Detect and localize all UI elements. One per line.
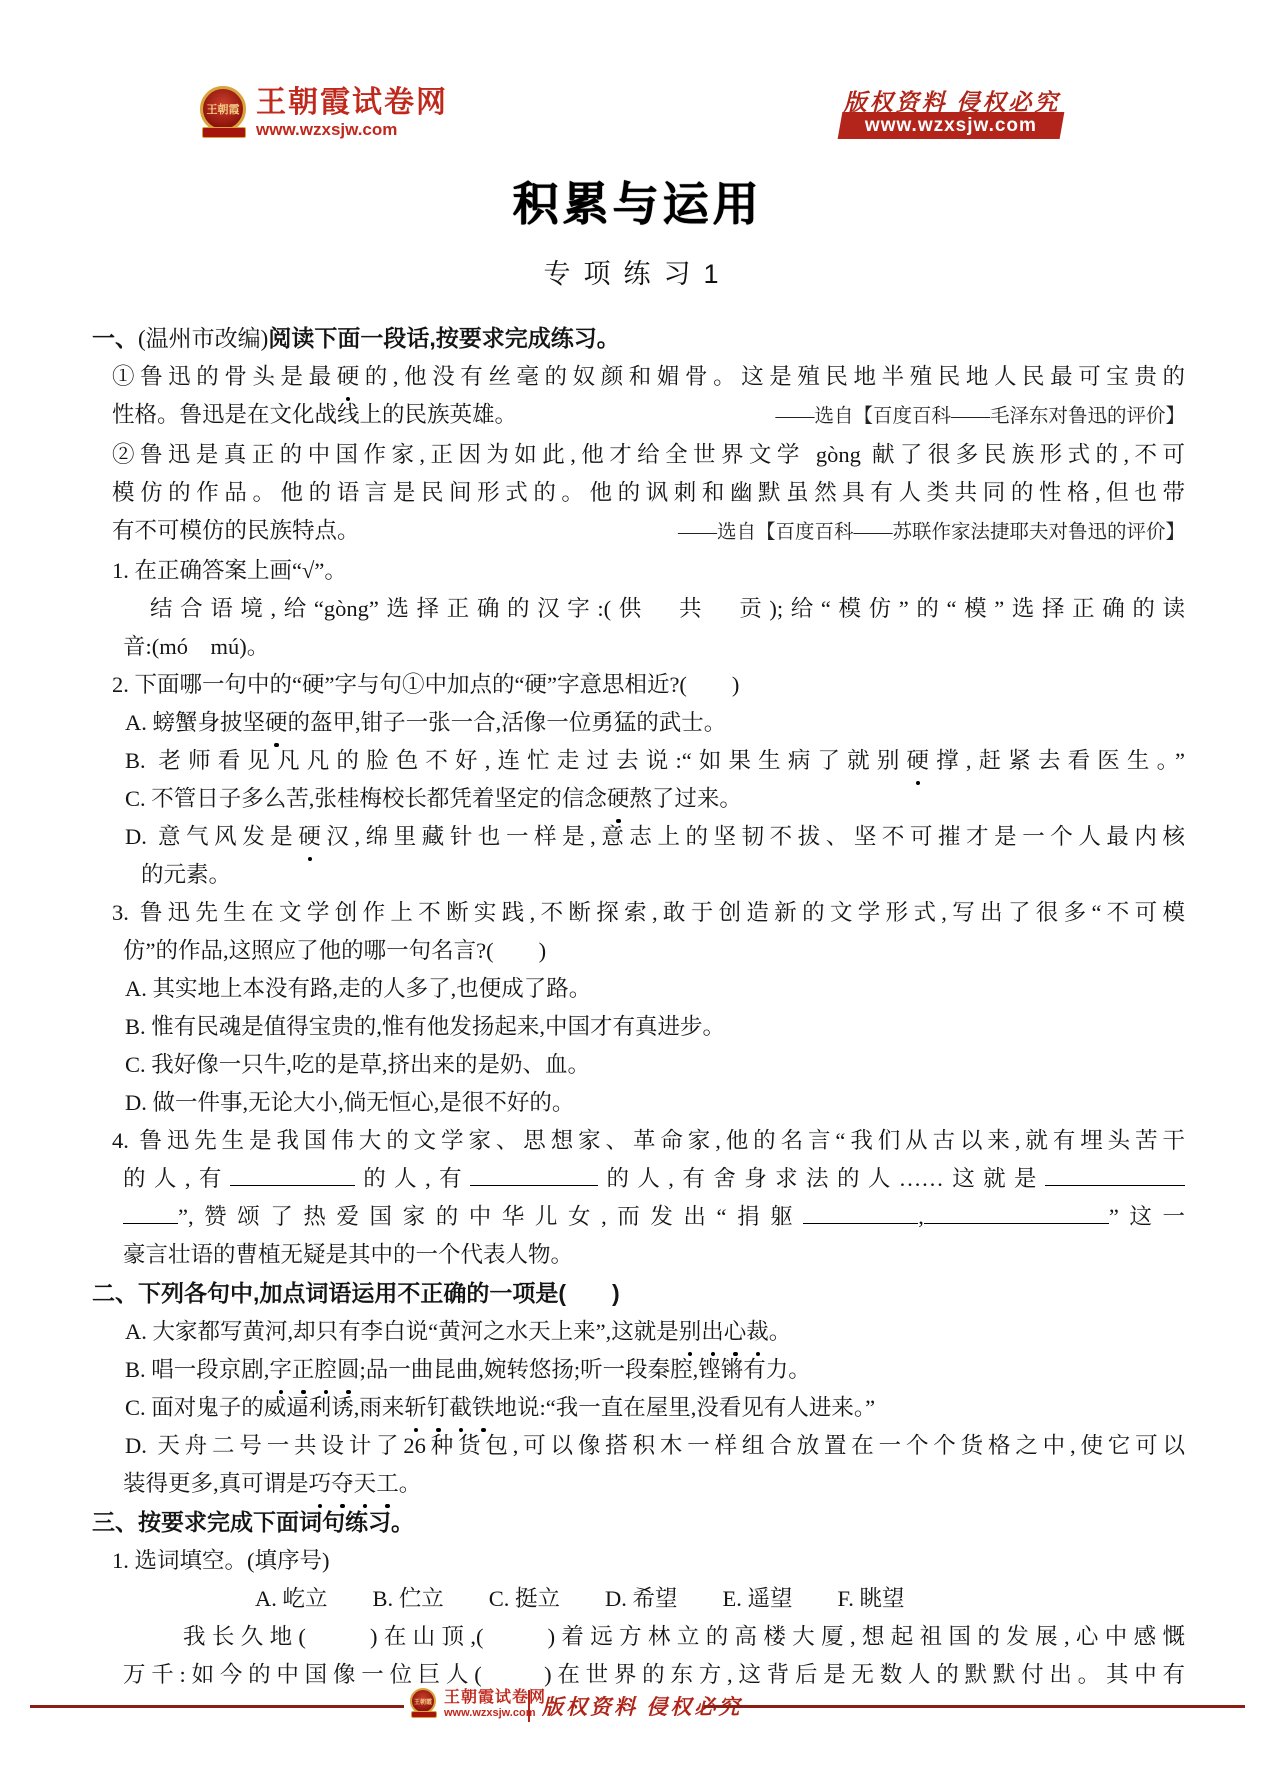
emphasized-char: 硬 — [907, 742, 930, 780]
question-3-option-a: A. 其实地上本没有路,走的人多了,也便成了路。 — [92, 970, 1185, 1008]
site-name: 王朝霞试卷网 — [256, 86, 448, 120]
section-2-option-c: C. 面对鬼子的威逼利诱,雨来斩钉截铁地说:“我一直在屋里,没看见有人进来。” — [92, 1389, 1185, 1427]
brand-seal-icon: 王朝霞 — [200, 86, 248, 146]
emphasized-char: 圆 — [337, 1351, 360, 1389]
question-1: 1. 在正确答案上画“√”。 — [92, 552, 1185, 590]
answer-blank — [123, 1201, 178, 1225]
question-2: 2. 下面哪一句中的“硬”字与句①中加点的“硬”字意思相近?( ) — [92, 666, 1185, 704]
fill-paragraph-line-1: 我长久地( )在山顶,( )着远方林立的高楼大厦,想起祖国的发展,心中感慨 — [92, 1618, 1185, 1656]
question-3-option-c: C. 我好像一只牛,吃的是草,挤出来的是奶、血。 — [92, 1046, 1185, 1084]
passage-1-line-2: 性格。鲁迅是在文化战线上的民族英雄。——选自【百度百科——毛泽东对鲁迅的评价】 — [92, 396, 1185, 436]
seal-text: 王朝霞 — [207, 101, 240, 117]
emphasized-char: 截 — [449, 1389, 472, 1427]
page-subtitle: 专项练习1 — [0, 252, 1275, 291]
footer: 王朝霞 王朝霞试卷网 www.wzxsjw.com 版权资料 侵权必究 — [0, 1688, 1275, 1734]
question-3-cont: 仿”的作品,这照应了他的哪一句名言?( ) — [92, 932, 1185, 970]
question-4-line-4: 豪言壮语的曹植无疑是其中的一个代表人物。 — [92, 1236, 1185, 1274]
question-2-option-d: D. 意气风发是硬汉,绵里藏针也一样是,意志上的坚韧不拔、坚不可摧才是一个人最内… — [92, 818, 1185, 856]
answer-blank — [1045, 1163, 1185, 1187]
emphasized-char: 天 — [354, 1465, 377, 1503]
page-title: 积累与运用 — [0, 168, 1275, 234]
emphasized-char: 斩 — [404, 1389, 427, 1427]
passage-1-line-1: ①鲁迅的骨头是最硬的,他没有丝毫的奴颜和媚骨。这是殖民地半殖民地人民最可宝贵的 — [92, 358, 1185, 396]
passage-2-line-2: 模仿的作品。他的语言是民间形式的。他的讽刺和幽默虽然具有人类共同的性格,但也带 — [92, 474, 1185, 512]
question-1-detail-2: 音:(mó mú)。 — [92, 628, 1185, 666]
question-3-option-d: D. 做一件事,无论大小,倘无恒心,是很不好的。 — [92, 1084, 1185, 1122]
question-3-option-b: B. 惟有民魂是值得宝贵的,惟有他发扬起来,中国才有真进步。 — [92, 1008, 1185, 1046]
emphasized-char: 钉 — [427, 1389, 450, 1427]
footer-site-name: 王朝霞试卷网 — [444, 1689, 546, 1707]
emphasized-char: 腔 — [314, 1351, 337, 1389]
emphasized-char: 心 — [724, 1313, 747, 1351]
section-2-heading: 二、下列各句中,加点词语运用不正确的一项是( ) — [92, 1274, 1185, 1313]
footer-divider — [528, 1690, 530, 1722]
question-2-option-b: B. 老师看见凡凡的脸色不好,连忙走过去说:“如果生病了就别硬撑,赶紧去看医生。… — [92, 742, 1185, 780]
question-4-line-3: ”,赞颂了热爱国家的中华儿女,而发出“捐躯,”这一 — [92, 1198, 1185, 1236]
emphasized-char: 硬 — [298, 818, 321, 856]
emphasized-char: 裁 — [746, 1313, 769, 1351]
footer-brand-seal-icon: 王朝霞 — [410, 1688, 438, 1722]
source-attribution: ——选自【百度百科——苏联作家法捷耶夫对鲁迅的评价】 — [678, 514, 1185, 552]
emphasized-char: 硬 — [607, 780, 630, 818]
question-4-line-1: 4. 鲁迅先生是我国伟大的文学家、思想家、革命家,他的名言“我们从古以来,就有埋… — [92, 1122, 1185, 1160]
section-2-option-a: A. 大家都写黄河,却只有李白说“黄河之水天上来”,这就是别出心裁。 — [92, 1313, 1185, 1351]
worksheet-page: 王朝霞 王朝霞试卷网 www.wzxsjw.com 版权资料 侵权必究 www.… — [0, 0, 1275, 1789]
footer-site-url: www.wzxsjw.com — [444, 1707, 546, 1720]
header-logo: 王朝霞 王朝霞试卷网 www.wzxsjw.com — [200, 86, 448, 146]
answer-blank — [470, 1163, 598, 1187]
question-3: 3. 鲁迅先生在文学创作上不断实践,不断探索,敢于创造新的文学形式,写出了很多“… — [92, 894, 1185, 932]
answer-blank — [230, 1163, 355, 1187]
answer-blank — [924, 1201, 1109, 1225]
emphasized-char: 硬 — [337, 358, 360, 396]
section-2-option-d-cont: 装得更多,真可谓是巧夺天工。 — [92, 1465, 1185, 1503]
emphasized-char: 出 — [701, 1313, 724, 1351]
emphasized-char: 夺 — [331, 1465, 354, 1503]
emphasized-char: 正 — [292, 1351, 315, 1389]
question-2-option-a: A. 螃蟹身披坚硬的盔甲,钳子一张一合,活像一位勇猛的武士。 — [92, 704, 1185, 742]
source-attribution: ——选自【百度百科——毛泽东对鲁迅的评价】 — [775, 398, 1185, 436]
footer-rule-right — [704, 1705, 1245, 1708]
emphasized-char: 硬 — [265, 704, 288, 742]
document-body: 一、(温州市改编)阅读下面一段话,按要求完成练习。①鲁迅的骨头是最硬的,他没有丝… — [92, 319, 1185, 1694]
section-1-heading: 一、(温州市改编)阅读下面一段话,按要求完成练习。 — [92, 319, 1185, 358]
emphasized-char: 工 — [376, 1465, 399, 1503]
question-2-option-d-cont: 的元素。 — [92, 856, 1185, 894]
passage-2-line-1: ②鲁迅是真正的中国作家,正因为如此,他才给全世界文学 gòng 献了很多民族形式… — [92, 436, 1185, 474]
question-4-line-2: 的人,有的人,有的人,有舍身求法的人……这就是 — [92, 1160, 1185, 1198]
seal-ribbon — [202, 127, 246, 138]
passage-2-line-3: 有不可模仿的民族特点。——选自【百度百科——苏联作家法捷耶夫对鲁迅的评价】 — [92, 512, 1185, 552]
emphasized-char: 别 — [679, 1313, 702, 1351]
question-1-detail-1: 结合语境,给“gòng”选择正确的汉字:(供 共 贡);给“模仿”的“模”选择正… — [92, 590, 1185, 628]
section-2-option-d: D. 天舟二号一共设计了26种货包,可以像搭积木一样组合放置在一个个货格之中,使… — [92, 1427, 1185, 1465]
emphasized-char: 铁 — [472, 1389, 495, 1427]
section-2-option-b: B. 唱一段京剧,字正腔圆;品一曲昆曲,婉转悠扬;听一段秦腔,铿锵有力。 — [92, 1351, 1185, 1389]
emphasized-char: 巧 — [309, 1465, 332, 1503]
answer-blank — [803, 1201, 918, 1225]
emphasized-char: 字 — [269, 1351, 292, 1389]
word-options-row: A. 屹立 B. 伫立 C. 挺立 D. 希望 E. 遥望 F. 眺望 — [92, 1580, 1185, 1618]
section-3-heading: 三、按要求完成下面词句练习。 — [92, 1503, 1185, 1542]
question-2-option-c: C. 不管日子多么苦,张桂梅校长都凭着坚定的信念硬熬了过来。 — [92, 780, 1185, 818]
footer-rule-left — [30, 1705, 404, 1708]
section-3-question-1: 1. 选词填空。(填序号) — [92, 1542, 1185, 1580]
site-url: www.wzxsjw.com — [256, 120, 448, 139]
site-url-banner: www.wzxsjw.com — [838, 112, 1065, 139]
